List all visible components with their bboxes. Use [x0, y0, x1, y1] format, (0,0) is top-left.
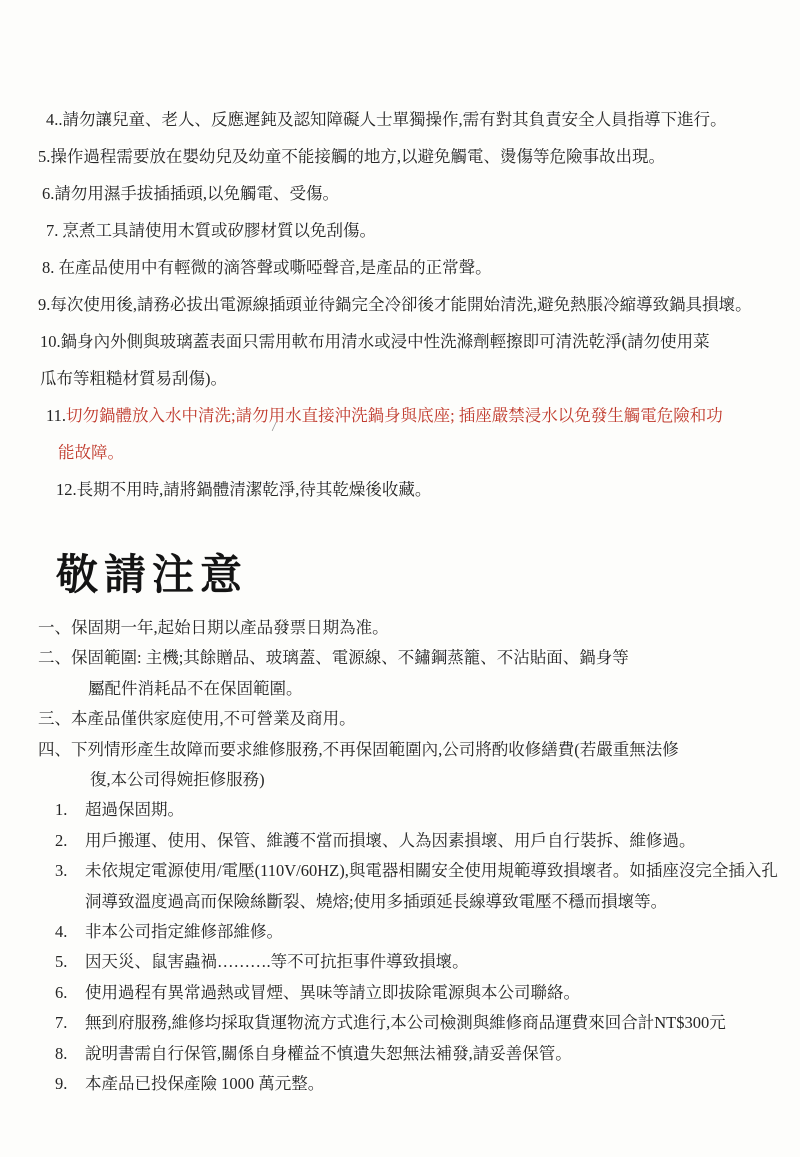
repair-item-text: 非本公司指定維修部維修。 — [85, 922, 283, 941]
repair-item-text: 無到府服務,維修均採取貨運物流方式進行,本公司檢測與維修商品運費來回合計NT$3… — [85, 1013, 726, 1032]
repair-item-text: 說明書需自行保管,關係自身權益不慎遺失恕無法補發,請妥善保管。 — [85, 1044, 572, 1063]
repair-item-8: 8. 說明書需自行保管,關係自身權益不慎遺失恕無法補發,請妥善保管。 — [55, 1039, 800, 1069]
repair-item-6: 6. 使用過程有異常過熱或冒煙、異味等請立即拔除電源與本公司聯絡。 — [55, 978, 800, 1008]
repair-item-text: 超過保固期。 — [85, 800, 184, 819]
repair-item-text: 用戶搬運、使用、保管、維護不當而損壞、人為因素損壞、用戶自行裝拆、維修過。 — [85, 831, 696, 850]
safety-item-11-warning-text: 切勿鍋體放入水中清洗;請勿用水直接沖洗鍋身與底座; 插座嚴禁浸水以免發生觸電危險… — [66, 406, 723, 425]
repair-item-3: 3. 未依規定電源使用/電壓(110V/60HZ),與電器相關安全使用規範導致損… — [55, 856, 800, 917]
safety-item-5: 5.操作過程需要放在嬰幼兒及幼童不能接觸的地方,以避免觸電、燙傷等危險事故出現。 — [38, 138, 800, 175]
scanned-manual-page: 4..請勿讓兒童、老人、反應遲鈍及認知障礙人士單獨操作,需有對其負責安全人員指導… — [0, 0, 800, 1157]
repair-item-number: 1. — [55, 795, 85, 825]
repair-terms-list: 1. 超過保固期。 2. 用戶搬運、使用、保管、維護不當而損壞、人為因素損壞、用… — [55, 795, 800, 1099]
repair-item-number: 7. — [55, 1008, 85, 1038]
repair-item-text: 未依規定電源使用/電壓(110V/60HZ),與電器相關安全使用規範導致損壞者。… — [85, 856, 800, 886]
repair-item-number: 9. — [55, 1069, 85, 1099]
safety-item-10: 10.鍋身內外側與玻璃蓋表面只需用軟布用清水或浸中性洗滌劑輕擦即可清洗乾淨(請勿… — [38, 323, 800, 360]
repair-item-number: 5. — [55, 947, 85, 977]
repair-item-number: 3. — [55, 856, 85, 917]
repair-item-1: 1. 超過保固期。 — [55, 795, 800, 825]
repair-item-5: 5. 因天災、鼠害蟲禍……….等不可抗拒事件導致損壞。 — [55, 947, 800, 977]
repair-item-text: 使用過程有異常過熱或冒煙、異味等請立即拔除電源與本公司聯絡。 — [85, 983, 580, 1002]
notice-item-4-continuation: 復,本公司得婉拒修服務) — [38, 765, 800, 795]
safety-item-11-number: 11. — [46, 406, 66, 425]
repair-item-number: 8. — [55, 1039, 85, 1069]
repair-item-number: 4. — [55, 917, 85, 947]
notice-item-1: 一、保固期一年,起始日期以產品發票日期為准。 — [38, 613, 800, 643]
safety-item-4: 4..請勿讓兒童、老人、反應遲鈍及認知障礙人士單獨操作,需有對其負責安全人員指導… — [38, 101, 800, 138]
safety-item-11-continuation: 能故障。 — [38, 434, 800, 471]
safety-item-8: 8. 在產品使用中有輕微的滴答聲或嘶啞聲音,是產品的正常聲。 — [38, 249, 800, 286]
safety-item-10-continuation: 瓜布等粗糙材質易刮傷)。 — [38, 360, 800, 397]
repair-item-4: 4. 非本公司指定維修部維修。 — [55, 917, 800, 947]
repair-item-9: 9. 本產品已投保產險 1000 萬元整。 — [55, 1069, 800, 1099]
repair-item-text: 本產品已投保產險 1000 萬元整。 — [85, 1074, 324, 1093]
repair-item-2: 2. 用戶搬運、使用、保管、維護不當而損壞、人為因素損壞、用戶自行裝拆、維修過。 — [55, 826, 800, 856]
repair-item-number: 2. — [55, 826, 85, 856]
notice-item-2-continuation: 屬配件消耗品不在保固範圍。 — [38, 674, 800, 704]
repair-item-text: 因天災、鼠害蟲禍……….等不可抗拒事件導致損壞。 — [85, 952, 469, 971]
safety-item-9: 9.每次使用後,請務必拔出電源線插頭並待鍋完全冷卻後才能開始清洗,避免熱脹冷縮導… — [38, 286, 800, 323]
repair-item-text-continuation: 洞導致溫度過高而保險絲斷裂、燒熔;使用多插頭延長線導致電壓不穩而損壞等。 — [85, 887, 800, 917]
notice-item-2: 二、保固範圍: 主機;其餘贈品、玻璃蓋、電源線、不鏽鋼蒸籠、不沾貼面、鍋身等 — [38, 643, 800, 673]
safety-item-6: 6.請勿用濕手拔插插頭,以免觸電、受傷。 — [38, 175, 800, 212]
notice-heading: 敬請注意 — [56, 550, 800, 600]
safety-instructions-list: 4..請勿讓兒童、老人、反應遲鈍及認知障礙人士單獨操作,需有對其負責安全人員指導… — [0, 0, 800, 508]
repair-item-7: 7. 無到府服務,維修均採取貨運物流方式進行,本公司檢測與維修商品運費來回合計N… — [55, 1008, 800, 1038]
repair-item-number: 6. — [55, 978, 85, 1008]
notice-item-3: 三、本產品僅供家庭使用,不可營業及商用。 — [38, 704, 800, 734]
warranty-notice-list: 一、保固期一年,起始日期以產品發票日期為准。 二、保固範圍: 主機;其餘贈品、玻… — [38, 613, 800, 795]
safety-item-7: 7. 烹煮工具請使用木質或矽膠材質以免刮傷。 — [38, 212, 800, 249]
safety-item-11: 11.切勿鍋體放入水中清洗;請勿用水直接沖洗鍋身與底座; 插座嚴禁浸水以免發生觸… — [38, 397, 800, 434]
safety-item-12: 12.長期不用時,請將鍋體清潔乾淨,待其乾燥後收藏。 — [38, 471, 800, 508]
notice-item-4: 四、下列情形產生故障而要求維修服務,不再保固範圍內,公司將酌收修繕費(若嚴重無法… — [38, 735, 800, 765]
